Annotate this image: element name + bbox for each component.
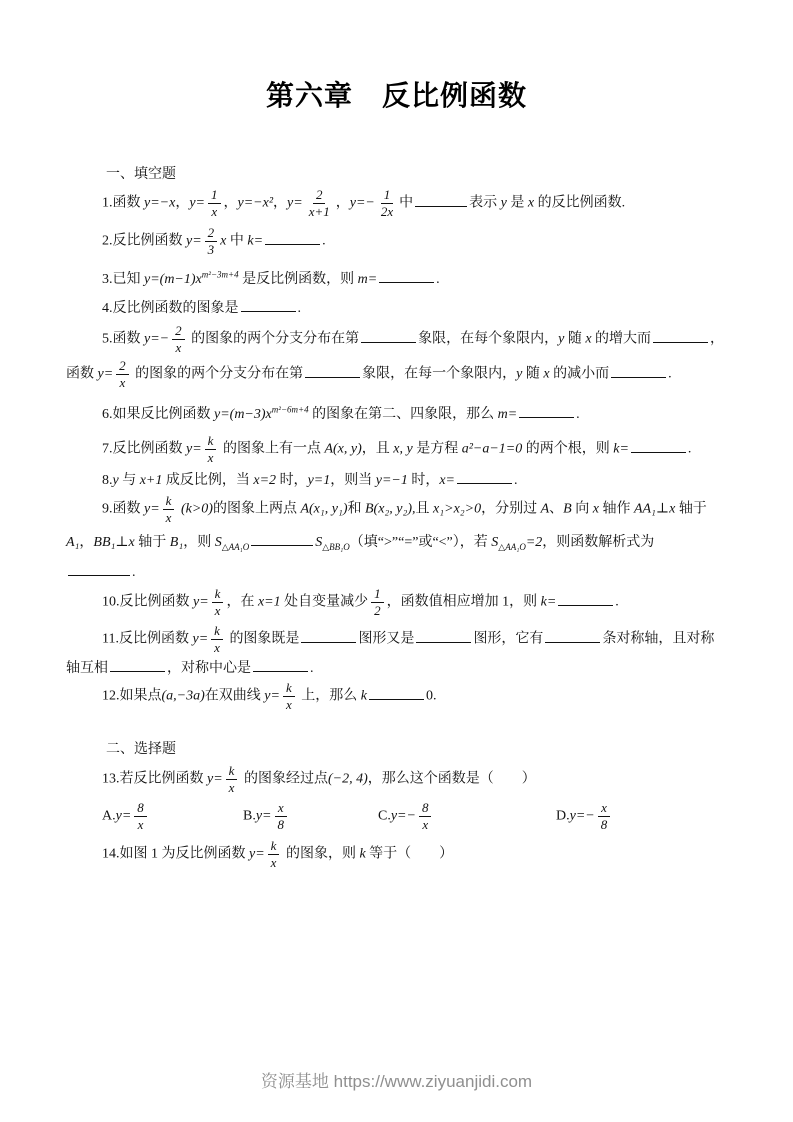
blank-underline bbox=[379, 281, 434, 283]
math-run: AA₁⊥x bbox=[634, 502, 675, 517]
text-run: 时， bbox=[276, 473, 308, 488]
question-line: 10.反比例函数 y=kx，在 x=1 处自变量减少12，函数值相应增加 1，则… bbox=[66, 585, 753, 620]
math-run: y= bbox=[264, 689, 280, 704]
text-run: 9.函数 bbox=[102, 502, 144, 517]
math-run: S bbox=[215, 535, 222, 550]
blank-underline bbox=[265, 243, 320, 245]
option-label: C. bbox=[378, 809, 391, 824]
math-run: y= bbox=[186, 442, 202, 457]
text-run: 时， bbox=[408, 473, 440, 488]
options-row: A.y=8xB.y=x8C.y=−8xD.y=−x8 bbox=[66, 799, 753, 834]
text-run: . bbox=[132, 565, 136, 580]
question-line: 6.如果反比例函数 y=(m−3)xm²−6m+4 的图象在第二、四象限，那么 … bbox=[66, 405, 753, 424]
math-run: (a,−3a) bbox=[162, 689, 205, 704]
subscript: △AA₁O bbox=[222, 542, 250, 552]
math-fraction: kx bbox=[226, 763, 238, 796]
math-run: y= bbox=[98, 367, 114, 382]
option-A: A.y=8x bbox=[102, 799, 243, 834]
text-run: 轴于 bbox=[675, 502, 707, 517]
text-run: ，函数值相应增加 1，则 bbox=[387, 595, 541, 610]
blank-underline bbox=[110, 670, 165, 672]
question-line: . bbox=[66, 563, 753, 582]
fraction-numerator: 2 bbox=[205, 225, 218, 242]
math-run: y= bbox=[256, 809, 272, 824]
text-run: 是反比例函数，则 bbox=[239, 272, 358, 287]
math-run: (k>0) bbox=[177, 502, 213, 517]
question-line: 12.如果点(a,−3a)在双曲线 y=kx 上，那么 k0. bbox=[66, 679, 753, 714]
text-run: ， bbox=[273, 196, 287, 211]
math-run: y= bbox=[207, 772, 223, 787]
math-fraction: 8x bbox=[419, 800, 432, 833]
section-s2: 二、选择题13.若反比例函数 y=kx 的图象经过点(−2, 4)，那么这个函数… bbox=[66, 740, 753, 872]
math-run: BB₁⊥x bbox=[93, 535, 134, 550]
text-run: . bbox=[688, 442, 692, 457]
math-run: m= bbox=[498, 407, 518, 422]
fraction-numerator: 8 bbox=[419, 800, 432, 817]
blank-underline bbox=[241, 310, 296, 312]
text-run: 的图象的两个分支分布在第 bbox=[132, 367, 304, 382]
math-run: k= bbox=[247, 234, 263, 249]
option-D: D.y=−x8 bbox=[556, 799, 613, 834]
blank-underline bbox=[305, 376, 360, 378]
text-run: ，分别过 bbox=[481, 502, 541, 517]
text-run: . bbox=[615, 595, 619, 610]
text-run: 条对称轴，且对称 bbox=[602, 632, 714, 647]
text-run: 7.反比例函数 bbox=[102, 442, 186, 457]
text-run: 图形又是 bbox=[358, 632, 414, 647]
fraction-numerator: k bbox=[211, 623, 223, 640]
text-run: 10.反比例函数 bbox=[102, 595, 193, 610]
page-title: 第六章 反比例函数 bbox=[0, 0, 793, 114]
math-fraction: 2x bbox=[172, 323, 185, 356]
blank-underline bbox=[415, 205, 467, 207]
text-run: ，则 bbox=[183, 535, 215, 550]
math-run: y=−1 bbox=[376, 473, 408, 488]
math-run: =2 bbox=[526, 535, 542, 550]
blank-underline bbox=[369, 698, 424, 700]
text-run: 且 bbox=[416, 502, 434, 517]
fraction-denominator: x bbox=[283, 697, 295, 713]
text-run: 的图象上有一点 bbox=[219, 442, 324, 457]
text-run: 向 bbox=[572, 502, 593, 517]
text-run: ，对称中心是 bbox=[167, 661, 251, 676]
math-run: y= bbox=[287, 196, 303, 211]
math-run: y= bbox=[189, 196, 205, 211]
text-run: 1.函数 bbox=[102, 196, 144, 211]
text-run: 与 bbox=[119, 473, 140, 488]
text-run: 3.已知 bbox=[102, 272, 144, 287]
text-run: 的减小而 bbox=[550, 367, 610, 382]
text-run: ，在 bbox=[226, 595, 258, 610]
fraction-denominator: x bbox=[212, 603, 224, 619]
text-run: 是 bbox=[507, 196, 528, 211]
text-run: 在双曲线 bbox=[205, 689, 265, 704]
text-run: 12.如果点 bbox=[102, 689, 162, 704]
question-line: 轴互相，对称中心是. bbox=[66, 659, 753, 678]
math-run: y= bbox=[116, 809, 132, 824]
question-line: 13.若反比例函数 y=kx 的图象经过点(−2, 4)，那么这个函数是（ ） bbox=[66, 762, 753, 797]
math-run: y=− bbox=[570, 809, 595, 824]
option-label: D. bbox=[556, 809, 570, 824]
text-run: 函数 bbox=[66, 367, 98, 382]
text-run: . bbox=[322, 234, 326, 249]
text-run: 轴于 bbox=[135, 535, 170, 550]
blank-underline bbox=[558, 604, 613, 606]
fraction-denominator: x bbox=[205, 450, 217, 466]
math-run: x= bbox=[439, 473, 455, 488]
math-run: B₁ bbox=[170, 535, 183, 550]
footer-url[interactable]: https://www.ziyuanjidi.com bbox=[334, 1072, 532, 1091]
fraction-denominator: x bbox=[172, 340, 184, 356]
text-run: 、 bbox=[549, 502, 563, 517]
text-run: ，则当 bbox=[330, 473, 376, 488]
text-run: . bbox=[310, 661, 314, 676]
text-run: 图形，它有 bbox=[473, 632, 543, 647]
text-run: 5.函数 bbox=[102, 332, 144, 347]
text-run: 的两个根，则 bbox=[522, 442, 613, 457]
text-run: 是方程 bbox=[413, 442, 462, 457]
question-line: 1.函数 y=−x，y=1x，y=−x²，y=2x+1，y=−12x中表示 y … bbox=[66, 186, 753, 221]
text-run: ， bbox=[175, 196, 189, 211]
blank-underline bbox=[545, 641, 600, 643]
text-run: 和 bbox=[348, 502, 366, 517]
text-run: ，且 bbox=[362, 442, 394, 457]
option-label: B. bbox=[243, 809, 256, 824]
blank-underline bbox=[519, 416, 574, 418]
fraction-denominator: x bbox=[135, 817, 147, 833]
math-run: A₁ bbox=[66, 535, 79, 550]
math-run: A(x, y) bbox=[324, 442, 361, 457]
text-run: 中 bbox=[226, 234, 247, 249]
question-line: 7.反比例函数 y=kx 的图象上有一点 A(x, y)，且 x, y 是方程 … bbox=[66, 432, 753, 467]
section-heading-s1: 一、填空题 bbox=[66, 165, 753, 184]
question-line: A₁，BB₁⊥x 轴于 B₁，则 S△AA₁OS△BB₁O（填“>”“=”或“<… bbox=[66, 533, 753, 552]
math-run: y=−x² bbox=[238, 196, 274, 211]
text-run: 11.反比例函数 bbox=[102, 632, 192, 647]
text-run: 13.若反比例函数 bbox=[102, 772, 207, 787]
math-run: y= bbox=[192, 632, 208, 647]
question-line: 9.函数 y=kx (k>0)的图象上两点 A(x₁, y₁)和 B(x₂, y… bbox=[66, 492, 753, 527]
document-body: 一、填空题1.函数 y=−x，y=1x，y=−x²，y=2x+1，y=−12x中… bbox=[0, 114, 793, 872]
fraction-denominator: x bbox=[117, 375, 129, 391]
worksheet-page: 第六章 反比例函数 一、填空题1.函数 y=−x，y=1x，y=−x²，y=2x… bbox=[0, 0, 793, 1122]
math-fraction: kx bbox=[205, 433, 217, 466]
text-run: 的图象，则 bbox=[282, 847, 359, 862]
math-run: (−2, 4) bbox=[328, 772, 368, 787]
math-fraction: 12 bbox=[371, 586, 384, 619]
superscript: m²−3m+4 bbox=[202, 269, 239, 279]
text-run: ， bbox=[79, 535, 93, 550]
math-run: a²−a−1=0 bbox=[462, 442, 523, 457]
text-run: 轴作 bbox=[599, 502, 634, 517]
text-run: . bbox=[668, 367, 672, 382]
fraction-numerator: 1 bbox=[208, 187, 221, 204]
math-run: x₁>x₂>0 bbox=[433, 502, 481, 517]
option-C: C.y=−8x bbox=[378, 799, 556, 834]
blank-underline bbox=[631, 451, 686, 453]
text-run: 中 bbox=[399, 196, 413, 211]
fraction-denominator: 2x bbox=[378, 204, 396, 220]
text-run: 等于（ ） bbox=[366, 847, 454, 862]
fraction-denominator: x bbox=[211, 640, 223, 656]
text-run: 的反比例函数. bbox=[534, 196, 625, 211]
blank-underline bbox=[68, 574, 130, 576]
math-run: k= bbox=[541, 595, 557, 610]
text-run: 的增大而 bbox=[592, 332, 652, 347]
text-run: ，则函数解析式为 bbox=[542, 535, 654, 550]
text-run: 6.如果反比例函数 bbox=[102, 407, 214, 422]
math-run: m= bbox=[358, 272, 378, 287]
question-line: 3.已知 y=(m−1)xm²−3m+4 是反比例函数，则 m=. bbox=[66, 270, 753, 289]
fraction-denominator: x bbox=[208, 204, 220, 220]
text-run: ，那么这个函数是（ ） bbox=[368, 772, 536, 787]
math-run: x+1 bbox=[140, 473, 163, 488]
math-run: B(x₂, y₂), bbox=[365, 502, 416, 517]
fraction-denominator: x+1 bbox=[306, 204, 333, 220]
math-fraction: 12x bbox=[378, 187, 396, 220]
math-run: y= bbox=[193, 595, 209, 610]
blank-underline bbox=[361, 341, 416, 343]
text-run: 轴互相 bbox=[66, 661, 108, 676]
fraction-numerator: k bbox=[268, 838, 280, 855]
question-line: 2.反比例函数 y=23x 中 k=. bbox=[66, 224, 753, 259]
math-fraction: kx bbox=[283, 680, 295, 713]
fraction-denominator: 8 bbox=[275, 817, 288, 833]
blank-underline bbox=[301, 641, 356, 643]
text-run: ， bbox=[336, 196, 350, 211]
option-label: A. bbox=[102, 809, 116, 824]
fraction-denominator: x bbox=[163, 510, 175, 526]
text-run: 0. bbox=[426, 689, 437, 704]
math-run: A(x₁, y₁) bbox=[300, 502, 347, 517]
math-run: y=(m−1)x bbox=[144, 272, 202, 287]
math-run: y=(m−3)x bbox=[214, 407, 272, 422]
math-run: y=− bbox=[144, 332, 169, 347]
math-fraction: x8 bbox=[598, 800, 611, 833]
question-line: 14.如图 1 为反比例函数 y=kx 的图象，则 k 等于（ ） bbox=[66, 837, 753, 872]
section-heading-s2: 二、选择题 bbox=[66, 740, 753, 759]
option-B: B.y=x8 bbox=[243, 799, 378, 834]
fraction-numerator: k bbox=[283, 680, 295, 697]
text-run: . bbox=[298, 301, 302, 316]
fraction-numerator: 2 bbox=[172, 323, 185, 340]
math-run: k= bbox=[613, 442, 629, 457]
section-s1: 一、填空题1.函数 y=−x，y=1x，y=−x²，y=2x+1，y=−12x中… bbox=[66, 165, 753, 714]
fraction-numerator: k bbox=[212, 586, 224, 603]
text-run: 成反比例，当 bbox=[162, 473, 253, 488]
text-run: 处自变量减少 bbox=[281, 595, 369, 610]
text-run: . bbox=[576, 407, 580, 422]
fraction-numerator: 1 bbox=[371, 586, 384, 603]
fraction-numerator: k bbox=[163, 493, 175, 510]
text-run: 上，那么 bbox=[298, 689, 361, 704]
math-run: x=1 bbox=[258, 595, 281, 610]
math-fraction: 2x+1 bbox=[306, 187, 333, 220]
text-run: 的图象的两个分支分布在第 bbox=[188, 332, 360, 347]
fraction-numerator: k bbox=[205, 433, 217, 450]
subscript: △AA₁O bbox=[498, 542, 526, 552]
fraction-denominator: x bbox=[268, 855, 280, 871]
blank-underline bbox=[653, 341, 708, 343]
text-run: 表示 bbox=[469, 196, 501, 211]
text-run: （填“>”“=”或“<”），若 bbox=[350, 535, 491, 550]
fraction-numerator: 2 bbox=[116, 358, 129, 375]
text-run: 14.如图 1 为反比例函数 bbox=[102, 847, 249, 862]
fraction-denominator: x bbox=[419, 817, 431, 833]
superscript: m²−6m+4 bbox=[272, 404, 309, 414]
math-fraction: 8x bbox=[134, 800, 147, 833]
math-run: y= bbox=[249, 847, 265, 862]
math-run: y= bbox=[186, 234, 202, 249]
text-run: . bbox=[514, 473, 518, 488]
text-run: 4.反比例函数的图象是 bbox=[102, 301, 239, 316]
fraction-numerator: 2 bbox=[313, 187, 326, 204]
footer: 资源基地 https://www.ziyuanjidi.com bbox=[0, 1067, 793, 1092]
fraction-numerator: 1 bbox=[381, 187, 394, 204]
math-fraction: 2x bbox=[116, 358, 129, 391]
text-run: . bbox=[436, 272, 440, 287]
fraction-numerator: x bbox=[275, 800, 287, 817]
text-run: 的图象上两点 bbox=[213, 502, 301, 517]
math-fraction: 23 bbox=[205, 225, 218, 258]
question-line: 函数 y=2x 的图象的两个分支分布在第象限，在每一个象限内，y 随 x 的减小… bbox=[66, 357, 753, 392]
text-run: 的图象既是 bbox=[226, 632, 300, 647]
math-run: k bbox=[361, 689, 367, 704]
math-run: A bbox=[541, 502, 550, 517]
fraction-numerator: x bbox=[598, 800, 610, 817]
question-line: 11.反比例函数 y=kx 的图象既是图形又是图形，它有条对称轴，且对称 bbox=[66, 622, 753, 657]
text-run: ， bbox=[710, 332, 724, 347]
blank-underline bbox=[611, 376, 666, 378]
math-run: y=−x bbox=[144, 196, 175, 211]
math-run: y=1 bbox=[308, 473, 331, 488]
fraction-numerator: k bbox=[226, 763, 238, 780]
footer-site-name: 资源基地 bbox=[261, 1072, 329, 1091]
math-run: y= bbox=[144, 502, 160, 517]
math-fraction: 1x bbox=[208, 187, 221, 220]
blank-underline bbox=[253, 670, 308, 672]
question-line: 5.函数 y=−2x 的图象的两个分支分布在第象限，在每个象限内，y 随 x 的… bbox=[66, 322, 753, 357]
fraction-numerator: 8 bbox=[134, 800, 147, 817]
text-run: 象限，在每个象限内， bbox=[418, 332, 558, 347]
fraction-denominator: 3 bbox=[205, 242, 218, 258]
fraction-denominator: x bbox=[226, 780, 238, 796]
question-line: 4.反比例函数的图象是. bbox=[66, 299, 753, 318]
question-line: 8.y 与 x+1 成反比例，当 x=2 时，y=1，则当 y=−1 时，x=. bbox=[66, 471, 753, 490]
subscript: △BB₁O bbox=[322, 542, 350, 552]
text-run: 的图象在第二、四象限，那么 bbox=[309, 407, 498, 422]
text-run: 的图象经过点 bbox=[240, 772, 328, 787]
math-fraction: kx bbox=[268, 838, 280, 871]
math-fraction: kx bbox=[212, 586, 224, 619]
blank-underline bbox=[416, 641, 471, 643]
math-fraction: kx bbox=[211, 623, 223, 656]
math-run: y=− bbox=[350, 196, 375, 211]
math-run: x=2 bbox=[253, 473, 276, 488]
text-run: 象限，在每一个象限内， bbox=[362, 367, 516, 382]
math-fraction: x8 bbox=[275, 800, 288, 833]
text-run: 2.反比例函数 bbox=[102, 234, 186, 249]
fraction-denominator: 8 bbox=[598, 817, 611, 833]
text-run: 随 bbox=[564, 332, 585, 347]
text-run: 8. bbox=[102, 473, 113, 488]
math-run: B bbox=[563, 502, 572, 517]
text-run: 随 bbox=[522, 367, 543, 382]
fraction-denominator: 2 bbox=[371, 603, 384, 619]
blank-underline bbox=[251, 544, 313, 546]
math-run: y=− bbox=[391, 809, 416, 824]
math-fraction: kx bbox=[163, 493, 175, 526]
math-run: x, y bbox=[393, 442, 412, 457]
blank-underline bbox=[457, 482, 512, 484]
text-run: ， bbox=[224, 196, 238, 211]
